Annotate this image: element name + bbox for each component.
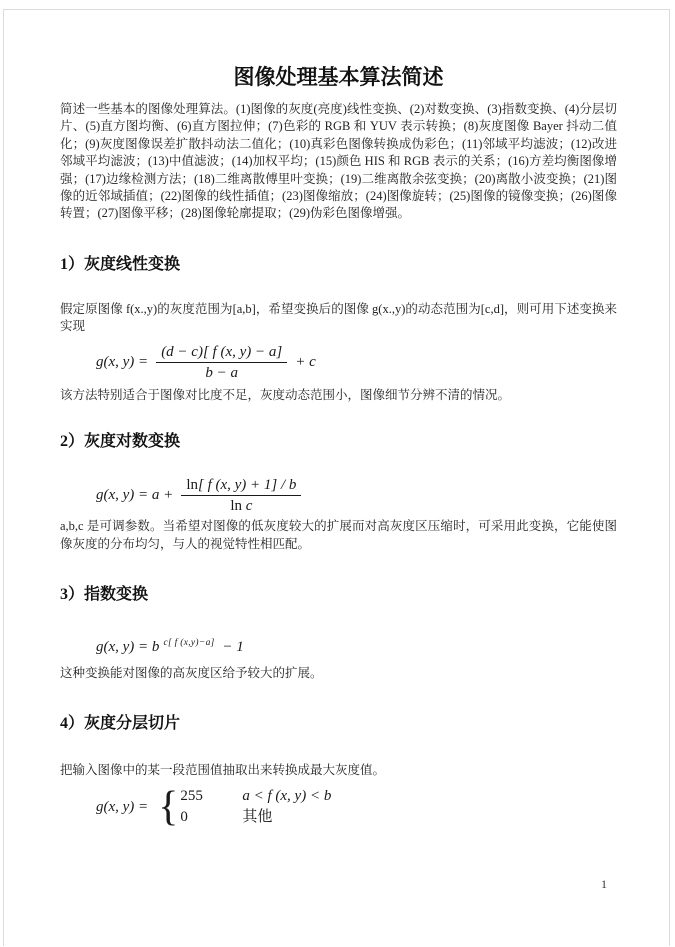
section-1-paragraph: 假定原图像 f(x.,y)的灰度范围为[a,b]，希望变换后的图像 g(x.,y… [60,301,617,336]
formula-4-brace: { [158,785,178,829]
formula-1-denominator: b − a [156,363,287,382]
formula-2-denominator-rest: c [242,498,252,514]
section-4-formula: g(x, y) = { 255a < f (x, y) < b 0其他 [96,785,617,829]
formula-3-exponent: c[ f (x,y)−a] [163,638,214,648]
formula-4-case-1-condition: a < f (x, y) < b [242,788,331,804]
formula-2-numerator: ln[ f (x, y) + 1] / b [181,476,301,496]
formula-3-tail: − 1 [222,639,243,655]
section-4-paragraph: 把输入图像中的某一段范围值抽取出来转换成最大灰度值。 [60,762,617,780]
section-2-paragraph: a,b,c 是可调参数。当希望对图像的低灰度较大的扩展而对高灰度区压缩时，可采用… [60,518,617,553]
formula-1-fraction: (d − c)[ f (x, y) − a] b − a [156,343,287,382]
section-1-formula: g(x, y) = (d − c)[ f (x, y) − a] b − a +… [96,343,617,382]
formula-4-lhs: g(x, y) = [96,799,148,816]
formula-3-lhs: g(x, y) = b [96,639,159,655]
section-2-formula: g(x, y) = a + ln[ f (x, y) + 1] / b ln c [96,476,617,515]
formula-4-case-1-value: 255 [180,786,242,807]
formula-2-fraction: ln[ f (x, y) + 1] / b ln c [181,476,301,515]
section-4-heading: 4）灰度分层切片 [60,713,617,735]
formula-4-cases: 255a < f (x, y) < b 0其他 [180,786,331,828]
section-2-heading: 2）灰度对数变换 [60,431,617,453]
formula-2-ln-operator: ln [186,477,198,493]
intro-paragraph: 简述一些基本的图像处理算法。(1)图像的灰度(亮度)线性变换、(2)对数变换、(… [60,101,617,223]
formula-4-case-1: 255a < f (x, y) < b [180,786,331,807]
formula-4-case-2-value: 0 [180,807,242,828]
formula-1-tail: + c [295,354,316,371]
section-3-formula: g(x, y) = bc[ f (x,y)−a] − 1 [96,638,617,656]
document-page: 图像处理基本算法简述 简述一些基本的图像处理算法。(1)图像的灰度(亮度)线性变… [0,0,675,947]
section-1-note: 该方法特别适合于图像对比度不足，灰度动态范围小，图像细节分辨不清的情况。 [60,387,617,405]
page-number: 1 [601,877,607,892]
formula-2-denominator: ln c [181,496,301,515]
section-1-heading: 1）灰度线性变换 [60,254,617,276]
formula-4-case-2-condition: 其他 [242,809,272,825]
formula-1-numerator: (d − c)[ f (x, y) − a] [156,343,287,363]
section-3-heading: 3）指数变换 [60,584,617,606]
document-title: 图像处理基本算法简述 [60,62,617,92]
formula-2-lhs: g(x, y) = a + [96,487,173,504]
page-content: 图像处理基本算法简述 简述一些基本的图像处理算法。(1)图像的灰度(亮度)线性变… [60,0,617,829]
formula-4-case-2: 0其他 [180,807,331,828]
formula-2-numerator-rest: [ f (x, y) + 1] / b [198,477,296,493]
formula-1-lhs: g(x, y) = [96,354,148,371]
section-3-paragraph: 这种变换能对图像的高灰度区给予较大的扩展。 [60,665,617,683]
formula-2-ln-operator-denominator: ln [230,498,242,514]
